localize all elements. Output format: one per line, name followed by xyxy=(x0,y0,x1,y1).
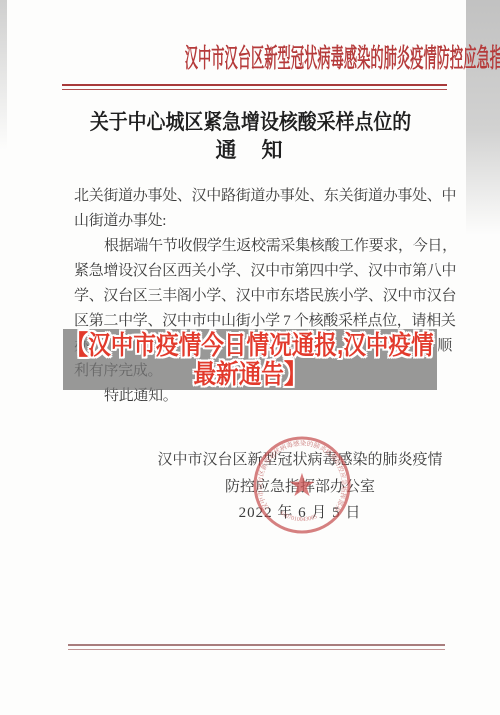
body-line: 紧急增设汉台区西关小学、汉中市第四中学、汉中市第八中 xyxy=(74,259,448,284)
caption-overlay-band: 【汉中市疫情今日情况通报,汉中疫情 最新通告】 xyxy=(63,329,437,390)
letterhead-divider xyxy=(62,84,447,90)
footer-divider xyxy=(68,644,445,650)
caption-overlay-line1: 【汉中市疫情今日情况通报,汉中疫情 xyxy=(66,331,434,360)
caption-overlay-line2: 最新通告】 xyxy=(193,360,306,389)
body-line: 根据端午节收假学生返校需采集核酸工作要求，今日， xyxy=(74,234,448,259)
seal-code: 6107010043005 xyxy=(279,510,318,523)
body-line: 北关街道办事处、汉中路街道办事处、东关街道办事处、中 xyxy=(74,184,448,209)
notice-title-line1-text: 关于中心城区紧急增设核酸采样点位的 xyxy=(89,106,410,136)
body-line: 山街道办事处: xyxy=(74,209,448,234)
notice-title-line2: 通 知 xyxy=(0,134,500,164)
official-seal: ★ 汉中市汉台区新型冠状病毒感染的肺炎疫情防控应急指挥部办公室 61070100… xyxy=(247,430,357,540)
letterhead-org-name-text: 汉中市汉台区新型冠状病毒感染的肺炎疫情防控应急指挥部办公室 xyxy=(185,40,500,78)
body-line: 学、汉台区三丰阁小学、汉中市东塔民族小学、汉中市汉台 xyxy=(74,284,448,309)
obscured-line-right-fragment: 顺 xyxy=(437,334,452,359)
letterhead-org-name: 汉中市汉台区新型冠状病毒感染的肺炎疫情防控应急指挥部办公室 xyxy=(0,40,500,80)
notice-title-line1: 关于中心城区紧急增设核酸采样点位的 xyxy=(0,106,500,136)
seal-star-icon: ★ xyxy=(288,467,317,503)
official-notice-photo: 汉中市汉台区新型冠状病毒感染的肺炎疫情防控应急指挥部办公室 关于中心城区紧急增设… xyxy=(0,0,500,715)
